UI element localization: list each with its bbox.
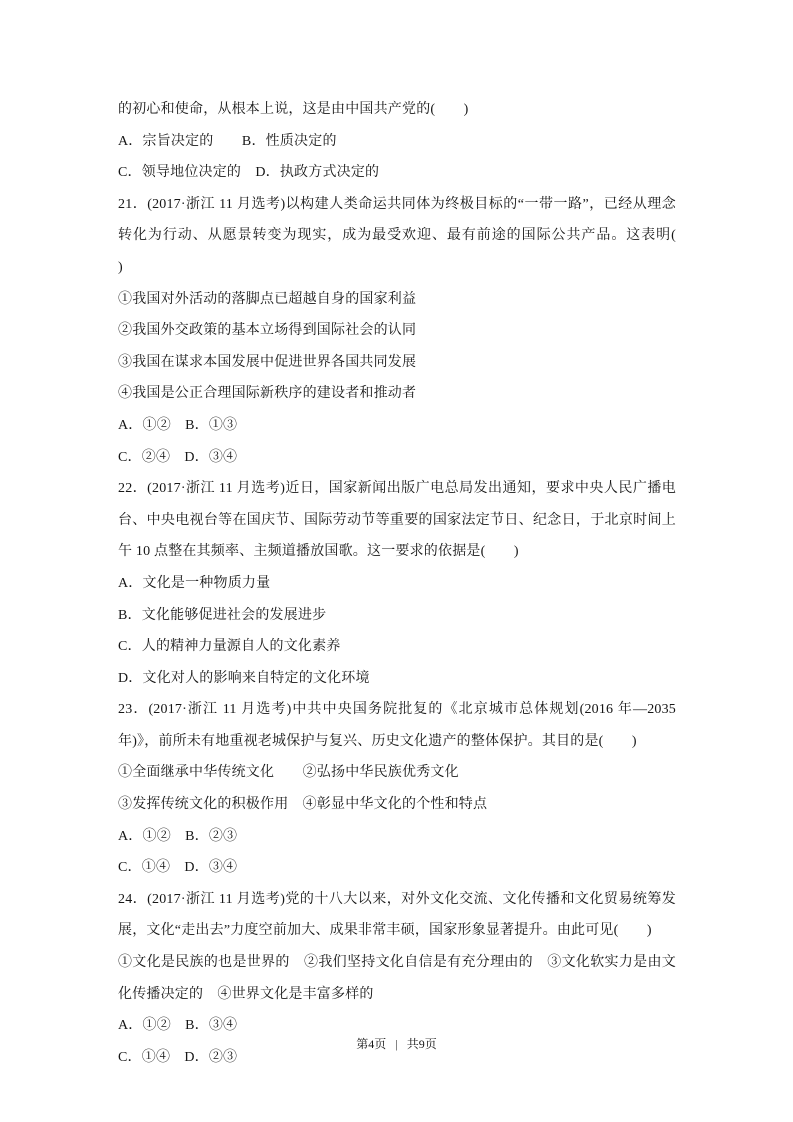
q23-item-row-12: ①全面继承中华传统文化 ②弘扬中华民族优秀文化 xyxy=(118,757,676,789)
q23-number: 23． xyxy=(118,702,148,717)
q23-choice-row-cd: C．①④ D．③④ xyxy=(118,852,676,884)
q22-number: 22． xyxy=(118,481,147,496)
q22-choice-d: D．文化对人的影响来自特定的文化环境 xyxy=(118,663,676,695)
page-content: 的初心和使命，从根本上说，这是由中国共产党的( ) A．宗旨决定的 B．性质决定… xyxy=(118,94,676,1073)
q23-source: (2017·浙江 11 月选考) xyxy=(148,702,291,717)
q21-number: 21． xyxy=(118,197,147,212)
q23-stem: 23．(2017·浙江 11 月选考)中共中央国务院批复的《北京城市总体规划(2… xyxy=(118,694,676,757)
q20-choice-row-cd: C．领导地位决定的 D．执政方式决定的 xyxy=(118,157,676,189)
q23-choice-row-ab: A．①② B．②③ xyxy=(118,821,676,853)
q21-stem: 21．(2017·浙江 11 月选考)以构建人类命运共同体为终极目标的“一带一路… xyxy=(118,189,676,284)
q21-item-4: ④我国是公正合理国际新秩序的建设者和推动者 xyxy=(118,378,676,410)
q21-source: (2017·浙江 11 月选考) xyxy=(147,197,285,212)
q22-choice-a: A．文化是一种物质力量 xyxy=(118,568,676,600)
q21-item-1: ①我国对外活动的落脚点已超越自身的国家利益 xyxy=(118,284,676,316)
q21-choice-row-ab: A．①② B．①③ xyxy=(118,410,676,442)
footer-current-page: 第4页 xyxy=(356,1037,386,1051)
q24-source: (2017·浙江 11 月选考) xyxy=(147,892,285,907)
q20-stem-continuation: 的初心和使命，从根本上说，这是由中国共产党的( ) xyxy=(118,94,676,126)
q21-choice-row-cd: C．②④ D．③④ xyxy=(118,442,676,474)
q22-choice-c: C．人的精神力量源自人的文化素养 xyxy=(118,631,676,663)
q21-item-3: ③我国在谋求本国发展中促进世界各国共同发展 xyxy=(118,347,676,379)
q20-choice-row-ab: A．宗旨决定的 B．性质决定的 xyxy=(118,126,676,158)
page-footer: 第4页|共9页 xyxy=(0,1036,793,1053)
q21-item-2: ②我国外交政策的基本立场得到国际社会的认同 xyxy=(118,315,676,347)
footer-total-pages: 共9页 xyxy=(407,1037,437,1051)
q23-item-row-34: ③发挥传统文化的积极作用 ④彰显中华文化的个性和特点 xyxy=(118,789,676,821)
q22-choice-b: B．文化能够促进社会的发展进步 xyxy=(118,600,676,632)
q22-stem: 22．(2017·浙江 11 月选考)近日，国家新闻出版广电总局发出通知，要求中… xyxy=(118,473,676,568)
q22-source: (2017·浙江 11 月选考) xyxy=(147,481,285,496)
footer-separator: | xyxy=(395,1036,397,1053)
exam-paper-page: 的初心和使命，从根本上说，这是由中国共产党的( ) A．宗旨决定的 B．性质决定… xyxy=(0,0,793,1122)
q24-stem: 24．(2017·浙江 11 月选考)党的十八大以来，对外文化交流、文化传播和文… xyxy=(118,884,676,947)
q24-number: 24． xyxy=(118,892,147,907)
q24-items: ①文化是民族的也是世界的 ②我们坚持文化自信是有充分理由的 ③文化软实力是由文化… xyxy=(118,947,676,1010)
